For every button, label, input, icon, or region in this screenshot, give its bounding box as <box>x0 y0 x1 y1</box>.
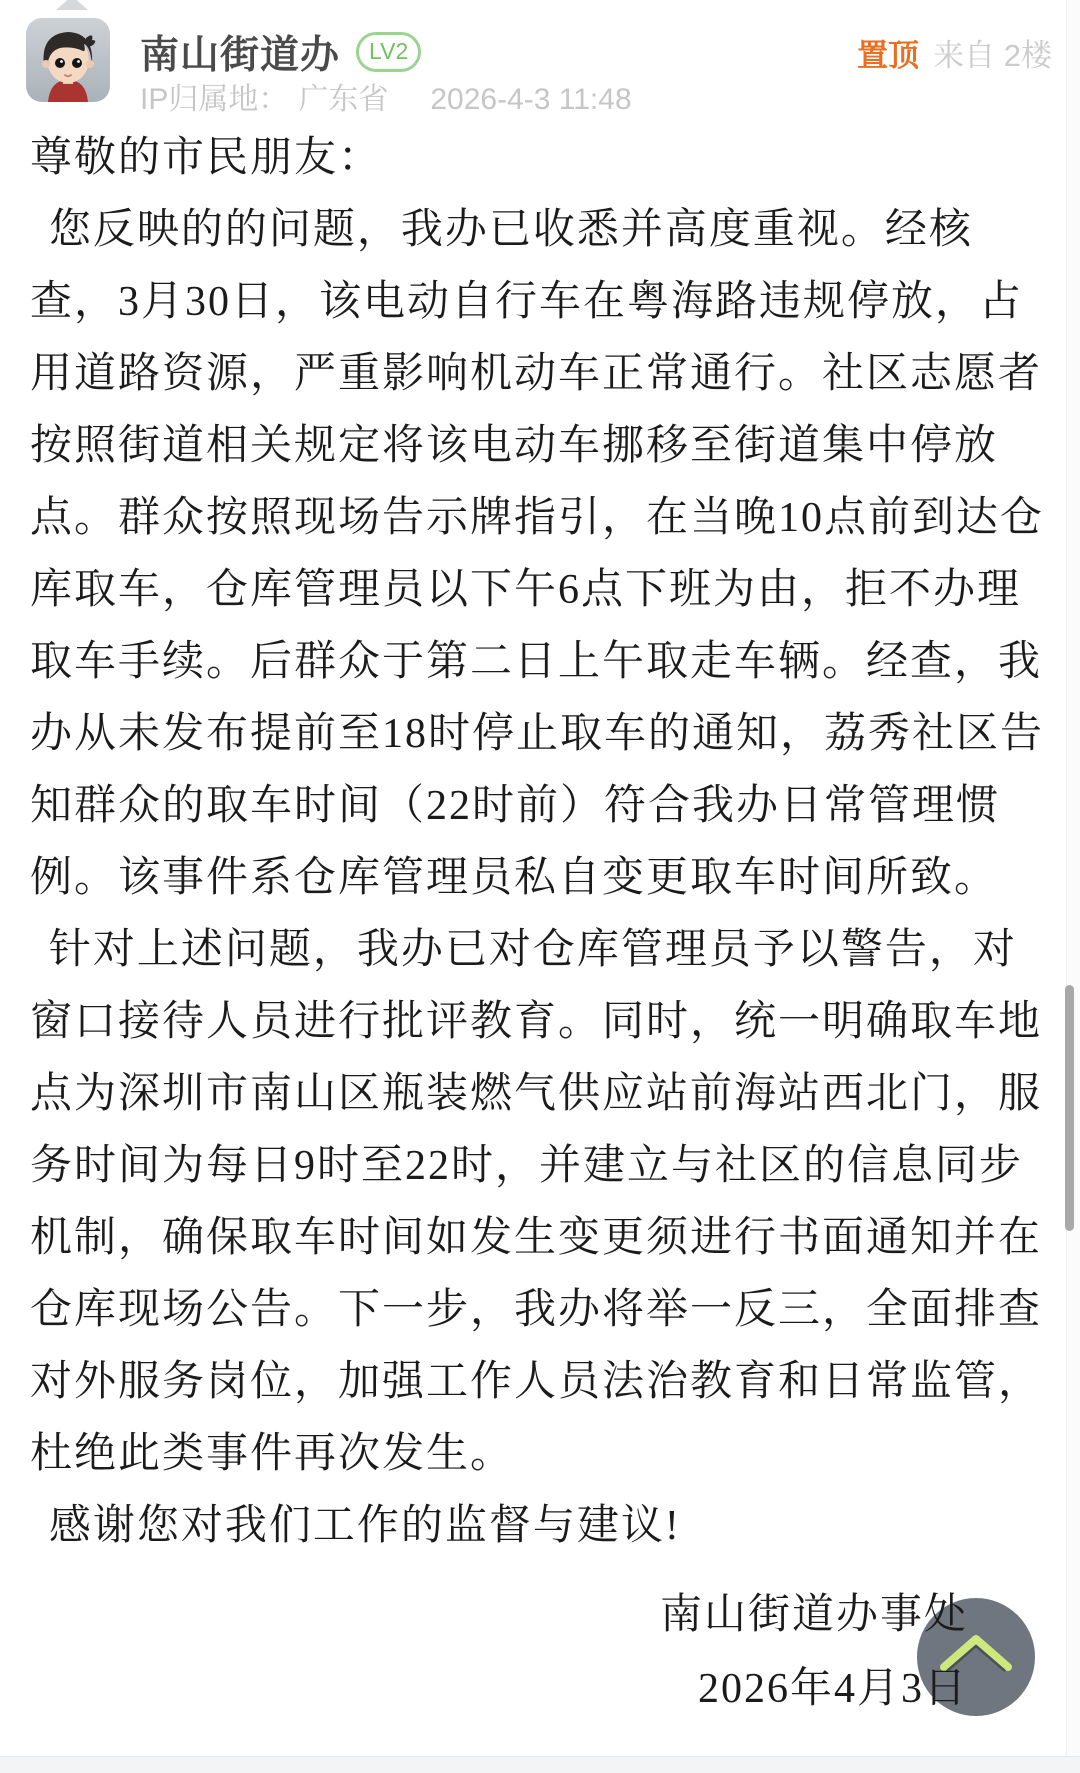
post-paragraph: 尊敬的市民朋友： <box>30 122 1050 194</box>
post-paragraph: 针对上述问题，我办已对仓库管理员予以警告，对窗口接待人员进行批评教育。同时，统一… <box>30 914 1050 1490</box>
scrollbar-thumb[interactable] <box>1065 985 1074 1231</box>
post-paragraph: 感谢您对我们工作的监督与建议! <box>30 1490 1050 1562</box>
signature-date: 2026年4月3日 <box>30 1652 968 1726</box>
username[interactable]: 南山街道办 <box>140 24 340 80</box>
post-body: 尊敬的市民朋友：您反映的的问题，我办已收悉并高度重视。经核查，3月30日，该电动… <box>0 122 1080 1726</box>
avatar[interactable] <box>26 18 110 102</box>
forum-reply-post: 南山街道办 LV2 IP归属地： 广东省 2026-4-3 11:48 置顶 来… <box>0 0 1080 1773</box>
post-header: 南山街道办 LV2 IP归属地： 广东省 2026-4-3 11:48 置顶 来… <box>0 0 1080 118</box>
page-bottom-strip <box>0 1756 1080 1773</box>
pinned-badge: 置顶 <box>857 30 919 75</box>
post-timestamp: 2026-4-3 11:48 <box>430 83 631 117</box>
ip-location-value: 广东省 <box>298 74 388 118</box>
post-meta: IP归属地： 广东省 2026-4-3 11:48 <box>140 74 632 118</box>
post-paragraph: 您反映的的问题，我办已收悉并高度重视。经核查，3月30日，该电动自行车在粤海路违… <box>30 194 1050 914</box>
signature-org: 南山街道办事处 <box>30 1578 968 1652</box>
floor-label: 来自 2楼 <box>933 30 1052 75</box>
ip-location-label: IP归属地： <box>140 74 288 118</box>
signature-block: 南山街道办事处 2026年4月3日 <box>30 1578 1050 1726</box>
scrollbar-track[interactable] <box>1066 0 1080 1773</box>
paragraph-list: 尊敬的市民朋友：您反映的的问题，我办已收悉并高度重视。经核查，3月30日，该电动… <box>30 122 1050 1562</box>
level-badge: LV2 <box>356 32 421 72</box>
avatar-image <box>26 18 110 102</box>
